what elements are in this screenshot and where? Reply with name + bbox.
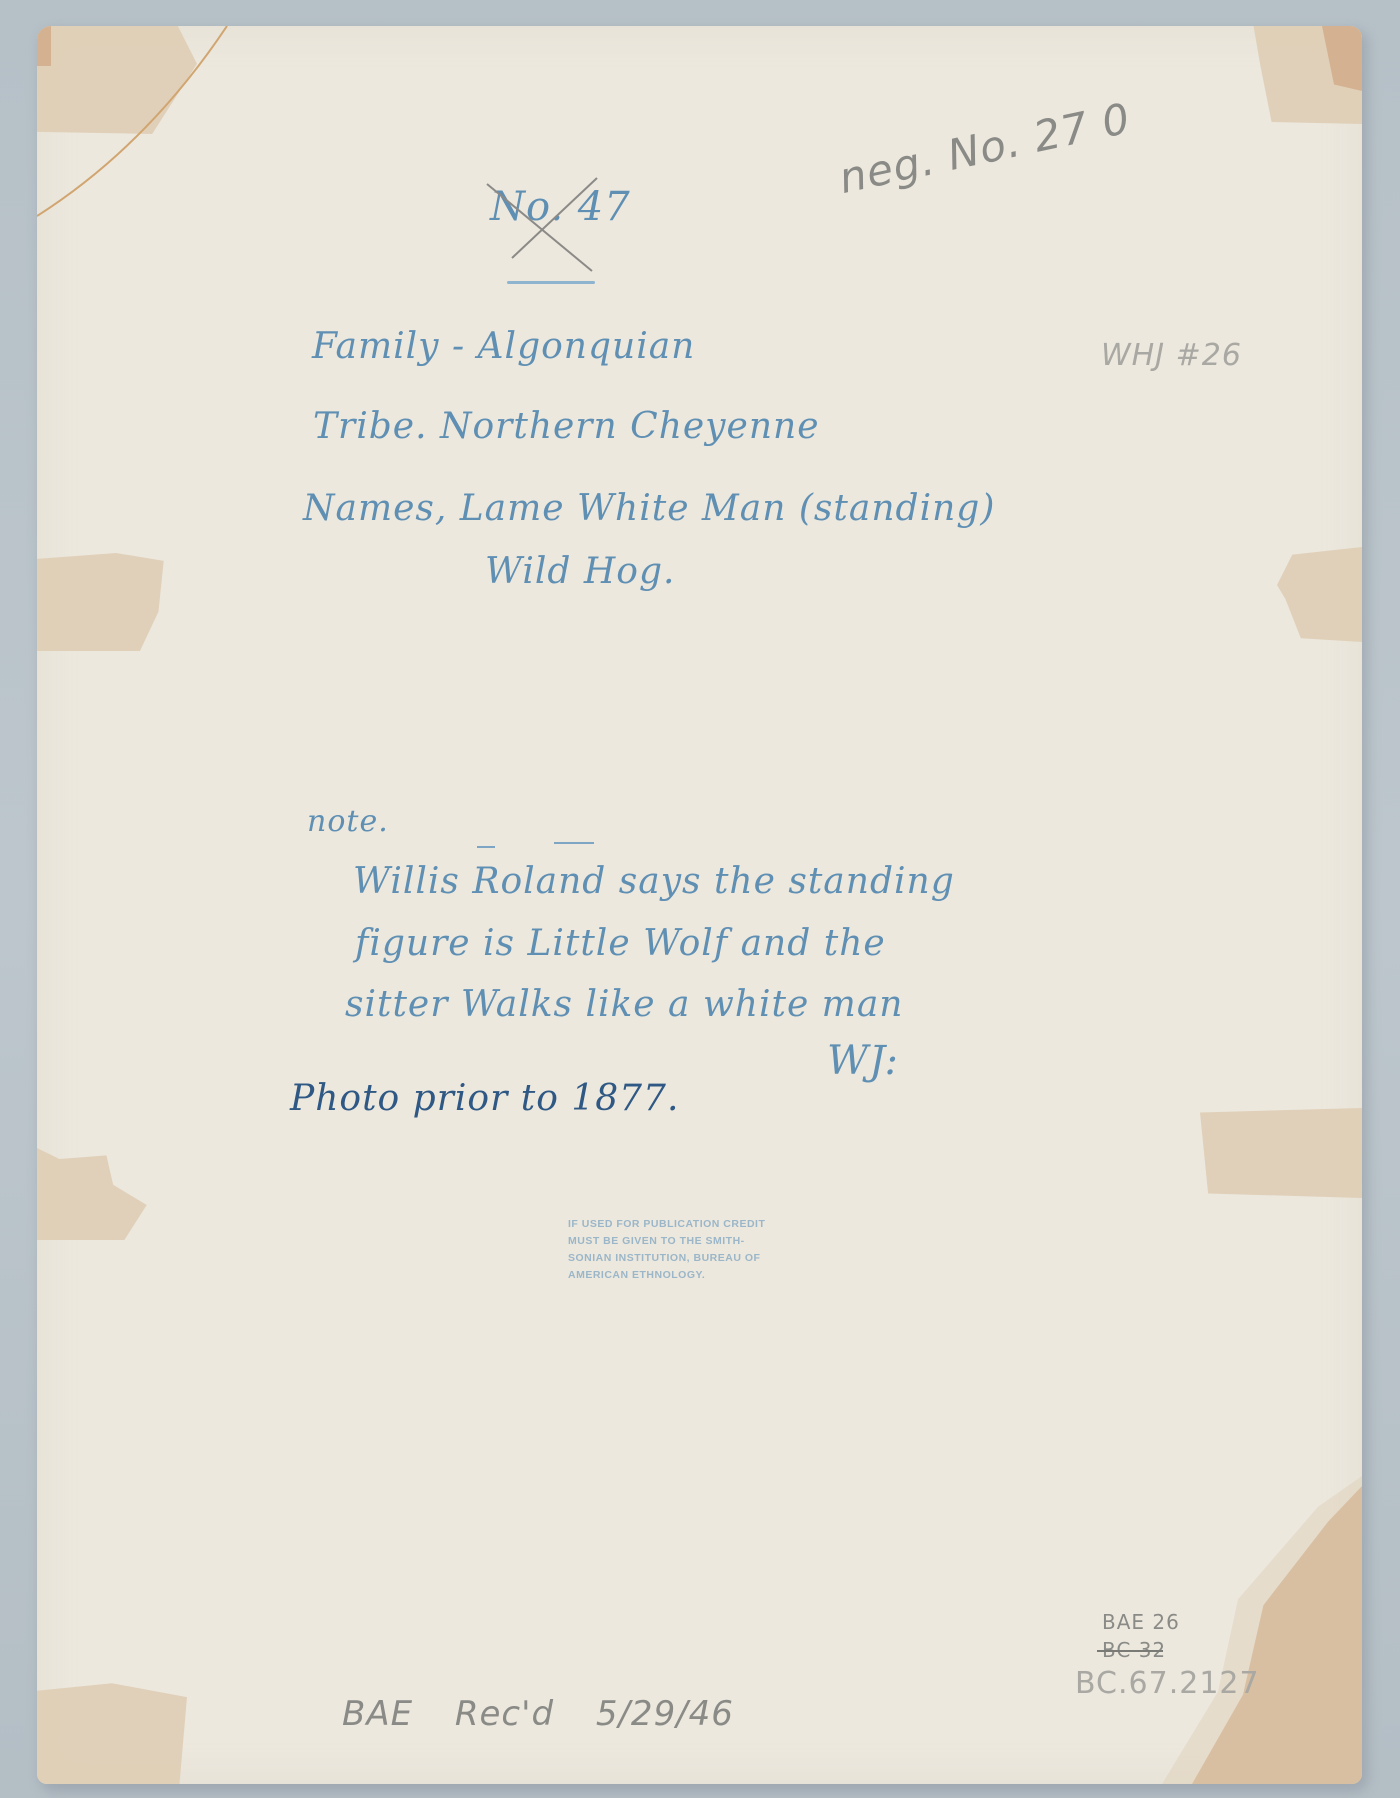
stamp-line-2: MUST BE GIVEN TO THE SMITH- (568, 1233, 765, 1250)
tape-right-lower (1200, 1108, 1362, 1198)
photo-date: Photo prior to 1877. (290, 1078, 679, 1119)
tape-left-middle (37, 553, 169, 651)
stamp-line-4: AMERICAN ETHNOLOGY. (568, 1267, 765, 1284)
tape-right-middle (1277, 547, 1362, 642)
stamp-line-1: IF USED FOR PUBLICATION CREDIT (568, 1216, 765, 1233)
note-line-2: figure is Little Wolf and the (355, 923, 886, 964)
photo-card-verso: No. 47 neg. No. 27 0 WHJ #26 Family - Al… (37, 26, 1362, 1784)
stamp-line-3: SONIAN INSTITUTION, BUREAU OF (568, 1250, 765, 1267)
neg-number: neg. No. 27 0 (835, 93, 1135, 203)
tape-top-left (37, 26, 197, 134)
names-field-line2: Wild Hog. (485, 551, 675, 592)
note-overbar-1 (477, 846, 495, 848)
names-field-line1: Names, Lame White Man (standing) (303, 488, 995, 529)
received-date: BAE Rec'd 5/29/46 (342, 1694, 734, 1734)
bc-old-strikethrough (1097, 1650, 1163, 1652)
bae-number: BAE 26 (1102, 1610, 1180, 1634)
initials-signature: WJ: (827, 1038, 899, 1084)
family-field: Family - Algonquian (312, 326, 695, 367)
tape-bottom-left (37, 1678, 187, 1784)
old-number: No. 47 (490, 184, 631, 230)
credit-stamp: IF USED FOR PUBLICATION CREDIT MUST BE G… (568, 1216, 765, 1284)
tape-top-left-edge (37, 26, 51, 66)
bc-catalog-number: BC.67.2127 (1075, 1666, 1260, 1701)
tape-left-lower (37, 1148, 149, 1240)
note-line-3: sitter Walks like a white man (345, 984, 903, 1025)
old-number-underline (507, 281, 595, 284)
whj-reference: WHJ #26 (1101, 338, 1242, 373)
note-line-1: Willis Roland says the standing (353, 861, 955, 902)
tape-bottom-right-halo (1162, 1476, 1362, 1784)
tribe-field: Tribe. Northern Cheyenne (313, 406, 820, 447)
note-label: note. (307, 804, 389, 839)
note-overbar-2 (554, 842, 594, 844)
